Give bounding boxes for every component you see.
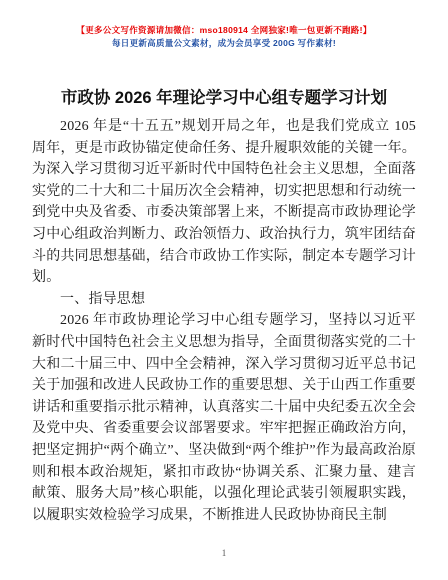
document-body: 2026 年是“十五五”规划开局之年，也是我们党成立 105 周年，更是市政协锚… <box>32 116 416 526</box>
page-number: 1 <box>0 548 448 558</box>
promo-line-2: 每日更新高质量公文素材，成为会员享受 200G 写作素材! <box>32 37 416 50</box>
section-heading-1: 一、指导思想 <box>32 289 416 311</box>
document-page: 【更多公文写作资源请加微信：mso180914 全网独家!唯一包更新不跑路!】 … <box>0 0 448 580</box>
intro-paragraph: 2026 年是“十五五”规划开局之年，也是我们党成立 105 周年，更是市政协锚… <box>32 116 416 289</box>
section-1-paragraph: 2026 年市政协理论学习中心组专题学习，坚持以习近平新时代中国特色社会主义思想… <box>32 310 416 526</box>
promo-line-1: 【更多公文写作资源请加微信：mso180914 全网独家!唯一包更新不跑路!】 <box>32 24 416 37</box>
promo-banner: 【更多公文写作资源请加微信：mso180914 全网独家!唯一包更新不跑路!】 … <box>32 24 416 50</box>
document-title: 市政协 2026 年理论学习中心组专题学习计划 <box>32 86 416 110</box>
